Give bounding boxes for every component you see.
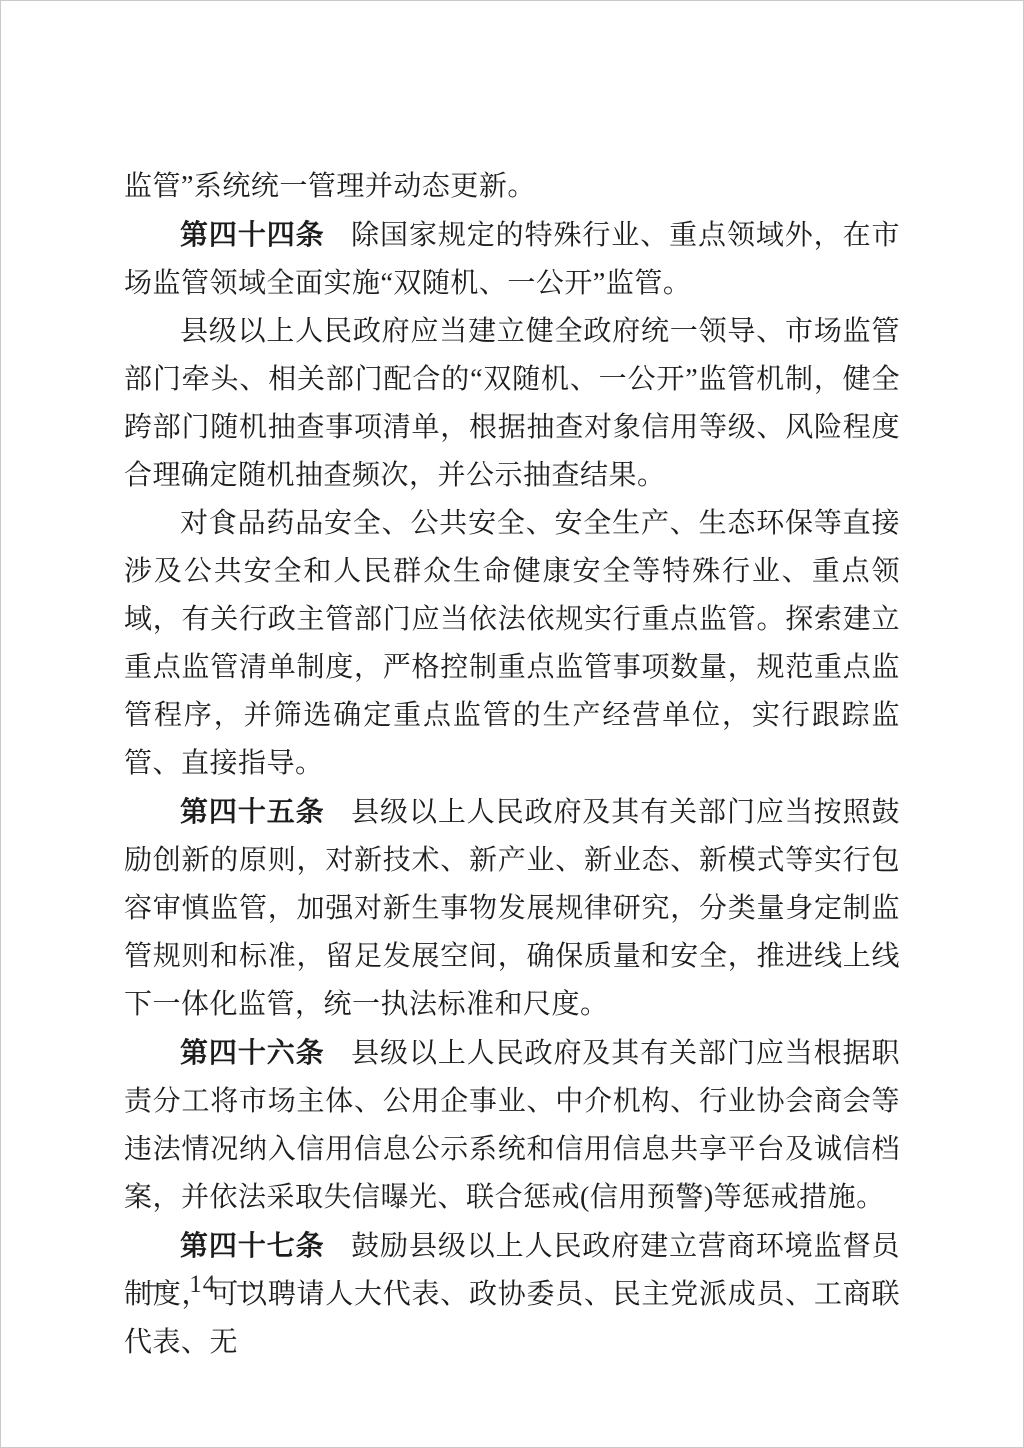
paragraph-article-44-clause-2: 县级以上人民政府应当建立健全政府统一领导、市场监管部门牵头、相关部门配合的“双随… xyxy=(124,308,900,500)
document-page: 监管”系统统一管理并动态更新。 第四十四条除国家规定的特殊行业、重点领域外，在市… xyxy=(0,0,1024,1448)
document-text-block: 监管”系统统一管理并动态更新。 第四十四条除国家规定的特殊行业、重点领域外，在市… xyxy=(124,163,900,1367)
article-47-term: 第四十七条 xyxy=(180,1230,325,1261)
article-44-term: 第四十四条 xyxy=(180,219,325,250)
paragraph-text: 县级以上人民政府及其有关部门应当按照鼓励创新的原则，对新技术、新产业、新业态、新… xyxy=(124,797,900,1020)
paragraph-article-46: 第四十六条县级以上人民政府及其有关部门应当根据职责分工将市场主体、公用企事业、中… xyxy=(124,1029,900,1222)
paragraph-article-44-clause-3: 对食品药品安全、公共安全、安全生产、生态环保等直接涉及公共安全和人民群众生命健康… xyxy=(124,500,900,788)
paragraph-text: 监管”系统统一管理并动态更新。 xyxy=(124,171,536,202)
paragraph-text: 对食品药品安全、公共安全、安全生产、生态环保等直接涉及公共安全和人民群众生命健康… xyxy=(124,508,900,779)
article-45-term: 第四十五条 xyxy=(180,796,325,827)
paragraph-article-45: 第四十五条县级以上人民政府及其有关部门应当按照鼓励创新的原则，对新技术、新产业、… xyxy=(124,788,900,1029)
paragraph-continuation: 监管”系统统一管理并动态更新。 xyxy=(124,163,900,211)
page-number: — 14 — xyxy=(142,1269,264,1301)
paragraph-article-44: 第四十四条除国家规定的特殊行业、重点领域外，在市场监管领域全面实施“双随机、一公… xyxy=(124,211,900,308)
paragraph-text: 县级以上人民政府应当建立健全政府统一领导、市场监管部门牵头、相关部门配合的“双随… xyxy=(124,316,900,491)
article-46-term: 第四十六条 xyxy=(180,1037,325,1068)
